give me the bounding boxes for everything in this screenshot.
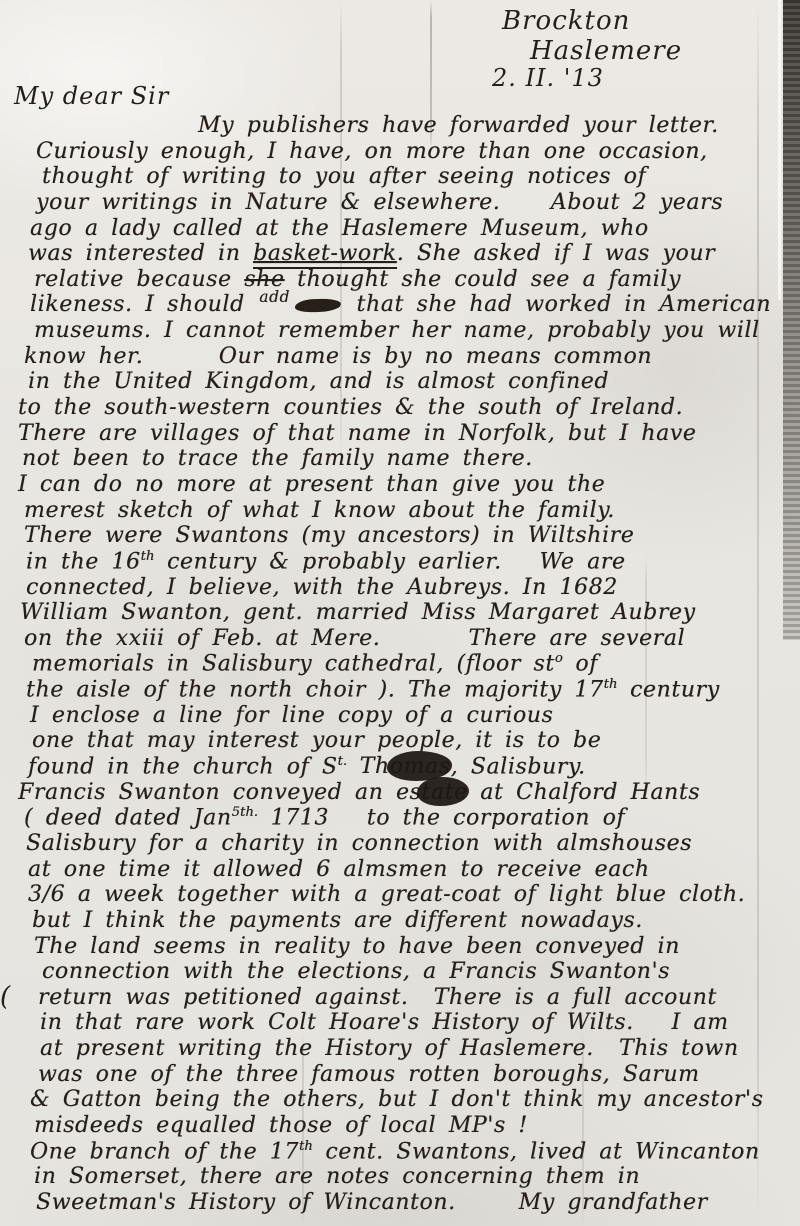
letter-text: return was petitioned against. There is … (38, 985, 717, 1010)
letter-line: return was petitioned against. There is … (8, 985, 796, 1011)
address-line-1: Brockton (502, 6, 630, 36)
letter-text: century (617, 677, 719, 702)
letter-date: 2. II. '13 (492, 64, 604, 92)
letter-line: misdeeds equalled those of local MP's ! (8, 1113, 796, 1139)
letter-text: merest sketch of what I know about the f… (24, 498, 615, 523)
letter-text: I can do no more at present than give yo… (18, 472, 605, 497)
letter-text: , Salisbury. (451, 754, 586, 779)
letter-line: museums. I cannot remember her name, pro… (8, 318, 796, 344)
letter-line: 3/6 a week together with a great-coat of… (8, 882, 796, 908)
letter-text-blot: estate (396, 780, 468, 805)
letter-text: 3/6 a week together with a great-coat of… (28, 882, 745, 907)
letter-text: cent. Swantons, lived at Wincanton (313, 1139, 760, 1164)
letter-text: on the xxiii of Feb. at Mere. There are … (24, 626, 685, 651)
letter-text: thought she could see a family (285, 267, 681, 292)
letter-line: the aisle of the north choir ). The majo… (8, 677, 796, 703)
letter-line: William Swanton, gent. married Miss Marg… (8, 600, 796, 626)
letter-text: to the south-western counties & the sout… (18, 395, 683, 420)
letter-line: Salisbury for a charity in connection wi… (8, 831, 796, 857)
letter-scan: Brockton Haslemere 2. II. '13 My dear Si… (0, 0, 800, 1226)
letter-text: at Chalford Hants (468, 780, 700, 805)
letter-line: The land seems in reality to have been c… (8, 934, 796, 960)
letter-text: 1713 to the corporation of (258, 806, 625, 831)
letter-text: in the United Kingdom, and is almost con… (28, 369, 609, 394)
letter-text: your writings in Nature & elsewhere. Abo… (36, 190, 723, 215)
letter-text: connected, I believe, with the Aubreys. … (26, 575, 618, 600)
letter-text: likeness. I should (30, 292, 257, 317)
letter-text: . She asked if I was your (397, 241, 716, 266)
letter-text: There were Swantons (my ancestors) in Wi… (24, 523, 634, 548)
letter-line: memorials in Salisbury cathedral, (floor… (8, 651, 796, 677)
letter-text: ago a lady called at the Haslemere Museu… (30, 216, 649, 241)
letter-line: ago a lady called at the Haslemere Museu… (8, 216, 796, 242)
letter-text: one that may interest your people, it is… (32, 728, 601, 753)
letter-text: & Gatton being the others, but I don't t… (30, 1087, 763, 1112)
address-line-2: Haslemere (530, 36, 682, 66)
letter-text-sup: th (299, 1139, 313, 1154)
letter-line: Francis Swanton conveyed an estate at Ch… (8, 780, 796, 806)
letter-text: The land seems in reality to have been c… (34, 934, 680, 959)
letter-line: know her. Our name is by no means common (8, 344, 796, 370)
letter-line: was interested in basket-work. She asked… (8, 241, 796, 267)
letter-text: of (563, 652, 598, 677)
letter-line: One branch of the 17th cent. Swantons, l… (8, 1139, 796, 1165)
letter-text: in the 16 (26, 549, 141, 574)
letter-line: thought of writing to you after seeing n… (8, 164, 796, 190)
letter-line: at one time it allowed 6 almsmen to rece… (8, 857, 796, 883)
letter-text: know her. Our name is by no means common (24, 344, 652, 369)
letter-text: was one of the three famous rotten borou… (38, 1062, 700, 1087)
letter-text: My publishers have forwarded your letter… (198, 113, 719, 138)
letter-line: in the United Kingdom, and is almost con… (8, 369, 796, 395)
letter-text-sup: th (141, 549, 155, 564)
letter-text: not been to trace the family name there. (22, 446, 533, 471)
letter-text: was interested in (28, 241, 253, 266)
letter-text-u: basket-work (253, 241, 397, 269)
letter-line: in the 16th century & probably earlier. … (8, 549, 796, 575)
letter-line: in that rare work Colt Hoare's History o… (8, 1010, 796, 1036)
letter-line: & Gatton being the others, but I don't t… (8, 1087, 796, 1113)
letter-text: Sweetman's History of Wincanton. My gran… (36, 1190, 708, 1215)
letter-line: relative because she thought she could s… (8, 267, 796, 293)
letter-text: There are villages of that name in Norfo… (18, 421, 696, 446)
letter-line: connection with the elections, a Francis… (8, 959, 796, 985)
letter-line: I enclose a line for line copy of a curi… (8, 703, 796, 729)
letter-text-ins: add (259, 288, 290, 306)
letter-text: museums. I cannot remember her name, pro… (34, 318, 760, 343)
letter-text: at one time it allowed 6 almsmen to rece… (28, 857, 650, 882)
salutation: My dear Sir (14, 82, 169, 110)
letter-text-scribble (295, 298, 342, 313)
letter-text: Curiously enough, I have, on more than o… (36, 139, 708, 164)
letter-text: the aisle of the north choir ). The majo… (26, 677, 604, 702)
letter-line: to the south-western counties & the sout… (8, 395, 796, 421)
letter-text: One branch of the 17 (30, 1139, 299, 1164)
letter-line: Curiously enough, I have, on more than o… (8, 139, 796, 165)
letter-line: Sweetman's History of Wincanton. My gran… (8, 1190, 796, 1216)
letter-text: connection with the elections, a Francis… (42, 959, 670, 984)
letter-line: at present writing the History of Haslem… (8, 1036, 796, 1062)
letter-line: ( deed dated Jan5th. 1713 to the corpora… (8, 805, 796, 831)
letter-line: your writings in Nature & elsewhere. Abo… (8, 190, 796, 216)
letter-text-blot: Thomas (360, 754, 451, 779)
letter-text-sup: t. (338, 754, 348, 769)
letter-text: in that rare work Colt Hoare's History o… (40, 1010, 729, 1035)
letter-text: that she had worked in American (344, 292, 771, 317)
letter-body: My publishers have forwarded your letter… (8, 113, 796, 1216)
letter-text-sup: o (555, 651, 563, 666)
letter-text: Salisbury for a charity in connection wi… (26, 831, 692, 856)
letter-text-sup: th (604, 677, 618, 692)
letter-line: connected, I believe, with the Aubreys. … (8, 575, 796, 601)
letter-text: I enclose a line for line copy of a curi… (30, 703, 553, 728)
letter-text: Francis Swanton conveyed an (18, 780, 396, 805)
letter-text: ( deed dated Jan (24, 806, 232, 831)
letter-line: found in the church of St. Thomas, Salis… (8, 754, 796, 780)
letter-line: There are villages of that name in Norfo… (8, 421, 796, 447)
letter-line: merest sketch of what I know about the f… (8, 498, 796, 524)
letter-text: thought of writing to you after seeing n… (42, 164, 646, 189)
letter-line: My publishers have forwarded your letter… (8, 113, 796, 139)
letter-text: relative because (34, 267, 244, 292)
letter-text: William Swanton, gent. married Miss Marg… (20, 600, 696, 625)
letter-text: but I think the payments are different n… (32, 908, 643, 933)
letter-text: misdeeds equalled those of local MP's ! (34, 1113, 528, 1138)
letter-line: was one of the three famous rotten borou… (8, 1062, 796, 1088)
letter-line: I can do no more at present than give yo… (8, 472, 796, 498)
letter-line: on the xxiii of Feb. at Mere. There are … (8, 626, 796, 652)
letter-text (347, 754, 360, 779)
letter-text: in Somerset, there are notes concerning … (34, 1164, 640, 1189)
letter-line: in Somerset, there are notes concerning … (8, 1164, 796, 1190)
letter-line: but I think the payments are different n… (8, 908, 796, 934)
letter-line: one that may interest your people, it is… (8, 728, 796, 754)
letter-line: There were Swantons (my ancestors) in Wi… (8, 523, 796, 549)
letter-line: not been to trace the family name there. (8, 446, 796, 472)
letter-text: century & probably earlier. We are (154, 549, 625, 574)
letter-text: at present writing the History of Haslem… (40, 1036, 739, 1061)
letter-text: found in the church of S (28, 754, 338, 779)
letter-line: likeness. I should add that she had work… (8, 292, 796, 318)
letter-text-sup: 5th. (232, 805, 258, 820)
letter-text: memorials in Salisbury cathedral, (floor… (32, 652, 555, 677)
marginal-pen-mark: ( (0, 982, 10, 1012)
